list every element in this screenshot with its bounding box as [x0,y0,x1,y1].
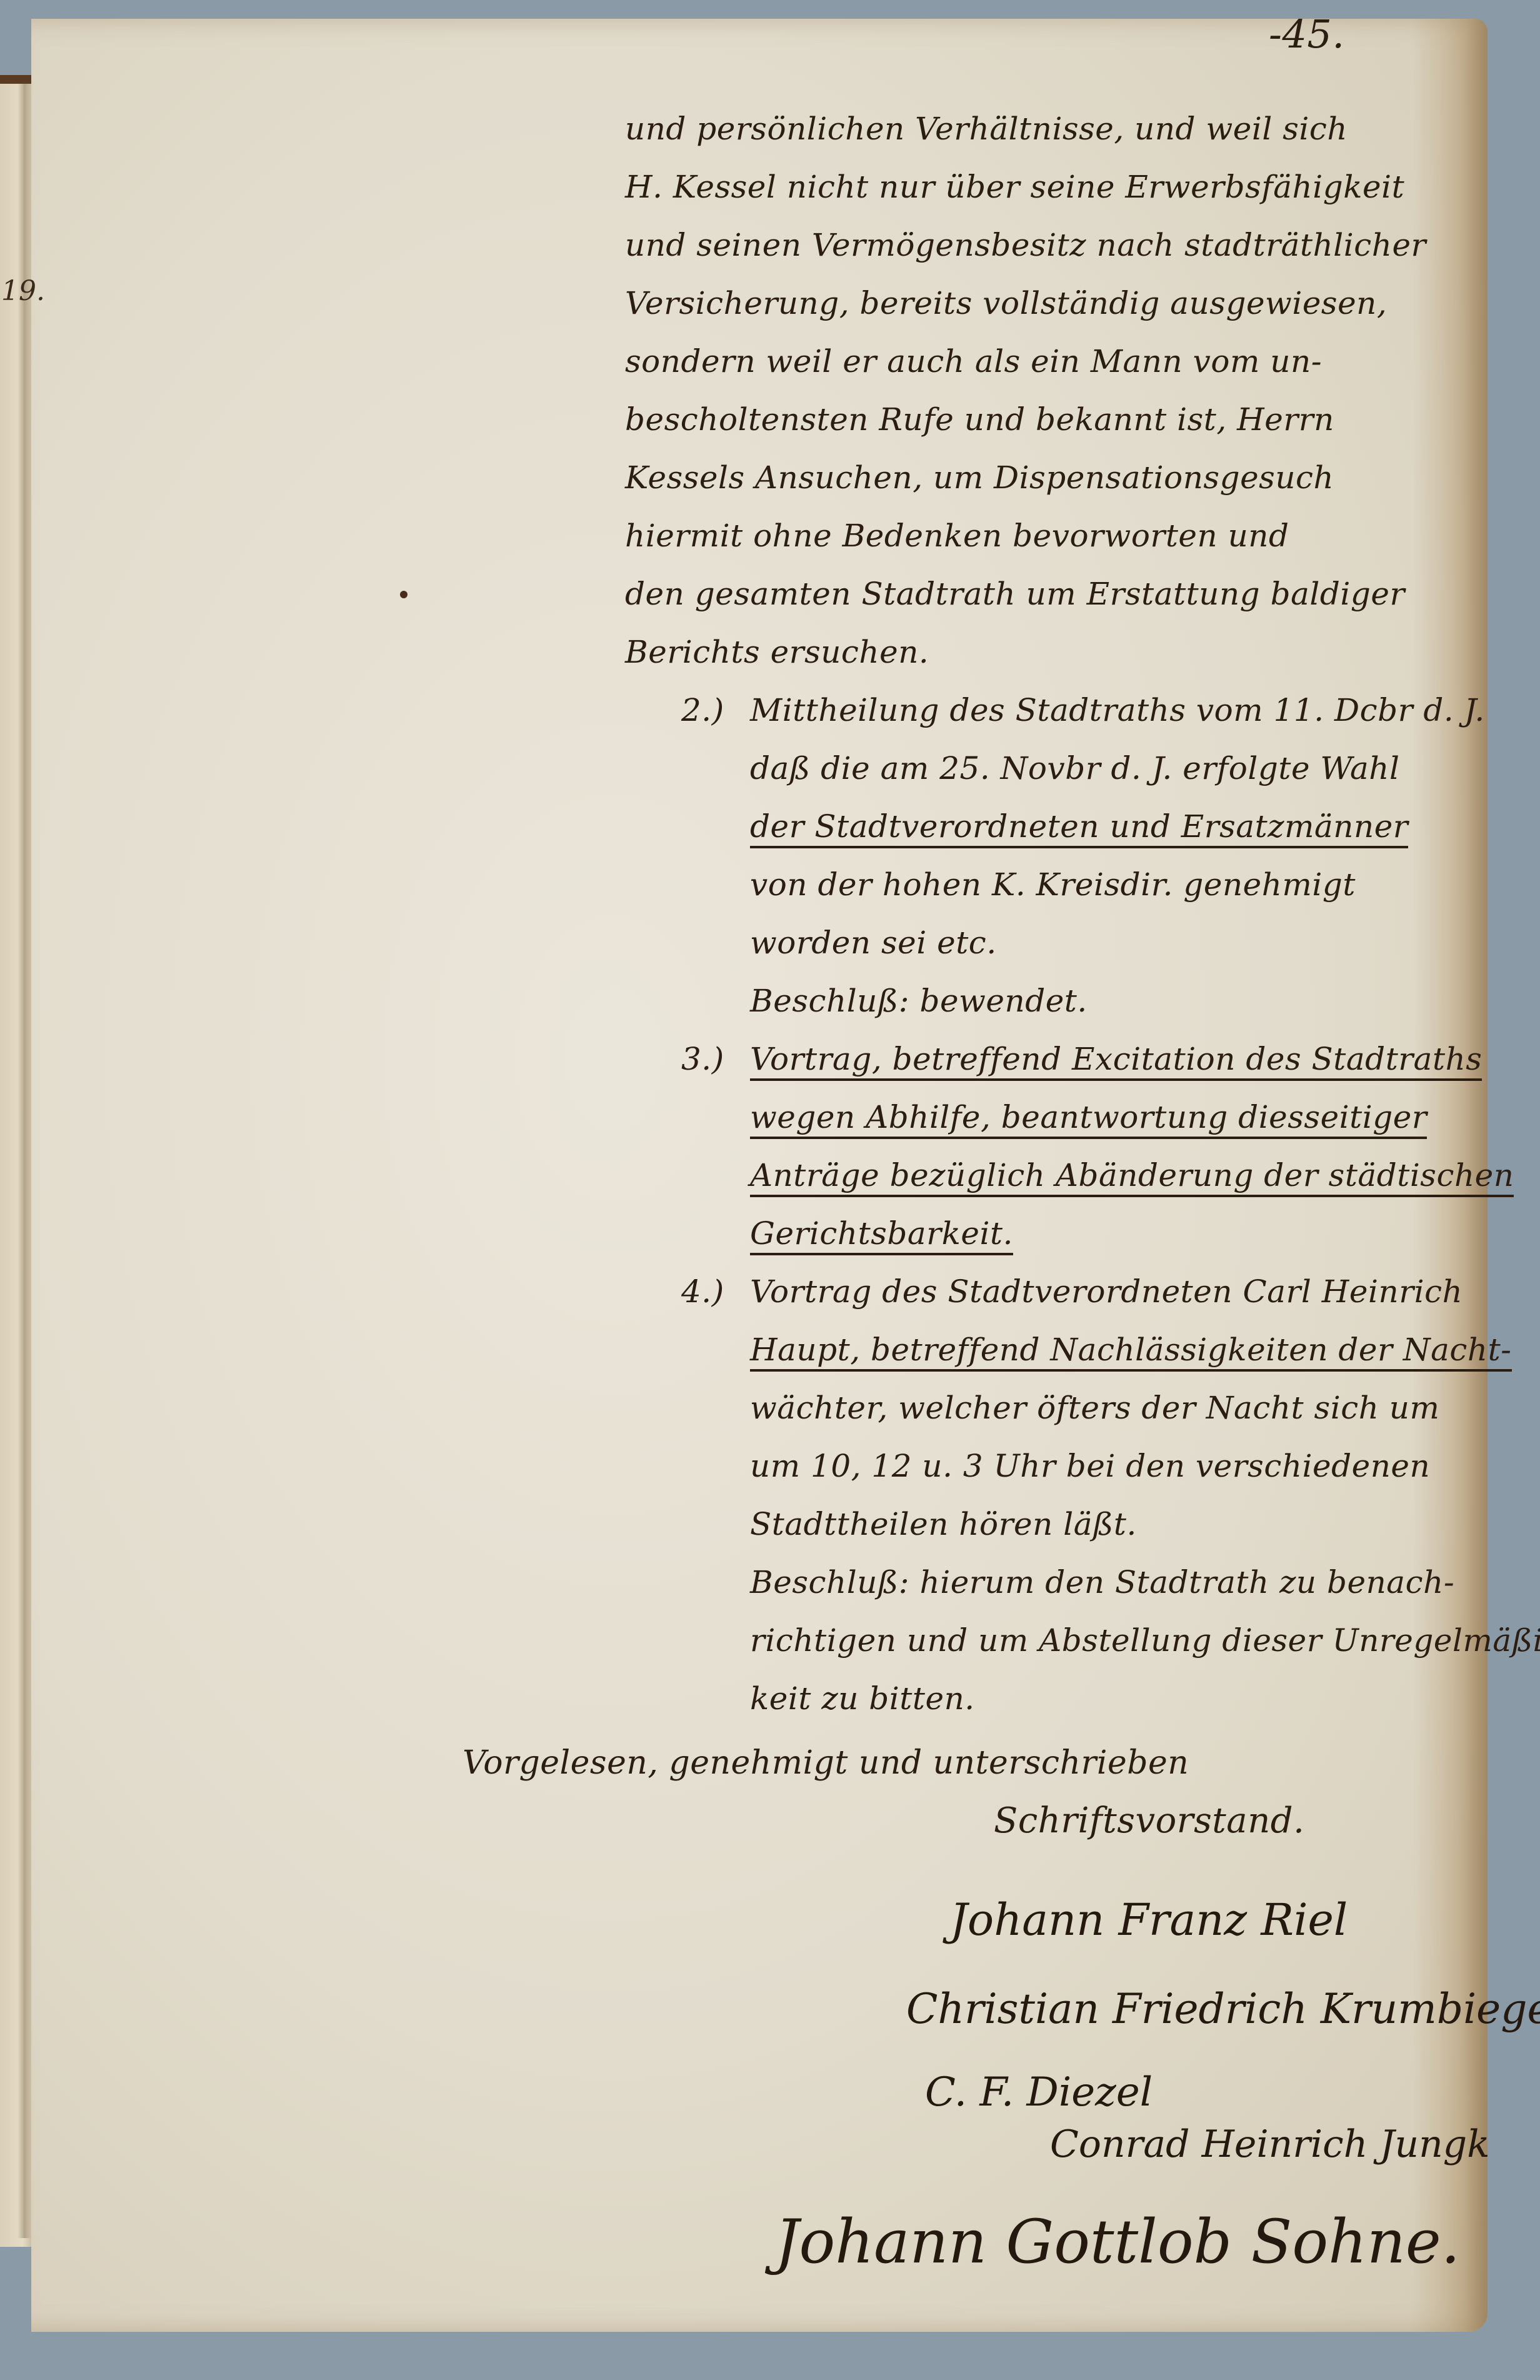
text-line: 2.)Mittheilung des Stadtraths vom 11. Dc… [681,681,1437,740]
text-line: Versicherung, bereits vollständig ausgew… [625,274,1437,333]
signature: Christian Friedrich Krumbiegel [906,1985,1540,2033]
text-line: von der hohen K. Kreisdir. genehmigt [681,856,1437,914]
text-line underlined: wegen Abhilfe, beantwortung diesseitiger [681,1088,1437,1147]
agenda-item-2: 2.)Mittheilung des Stadtraths vom 11. Dc… [681,681,1437,1030]
closing-formula: Vorgelesen, genehmigt und unterschrieben [462,1744,1189,1782]
text-line: wächter, welcher öfters der Nacht sich u… [681,1379,1437,1437]
resolution: richtigen und um Abstellung dieser Unreg… [681,1612,1437,1670]
text-line: 3.)Vortrag, betreffend Excitation des St… [681,1030,1437,1088]
signature: Johann Gottlob Sohne. [775,2207,1460,2277]
board-title: Schriftsvorstand. [994,1800,1304,1841]
text-line: und persönlichen Verhältnisse, und weil … [625,100,1437,158]
left-page-number: 19. [1,275,45,307]
text-line: H. Kessel nicht nur über seine Erwerbsfä… [625,158,1437,216]
signature: Johann Franz Riel [950,1894,1347,1946]
resolution: keit zu bitten. [681,1670,1437,1728]
signature: C. F. Diezel [925,2069,1152,2116]
agenda-item-4: 4.)Vortrag des Stadtverordneten Carl Hei… [681,1263,1437,1728]
continuation-paragraph: und persönlichen Verhältnisse, und weil … [625,100,1437,681]
page-number: -45. [1269,11,1345,57]
text-line underlined: der Stadtverordneten und Ersatzmänner [681,798,1437,856]
text-line underlined: Gerichtsbarkeit. [681,1205,1437,1263]
text-line: worden sei etc. [681,914,1437,972]
left-page-margin: 19. [0,0,37,2380]
text-line underlined: Haupt, betreffend Nachlässigkeiten der N… [681,1321,1437,1379]
signature: Conrad Heinrich Jungk [1050,2122,1490,2166]
text-line: 4.)Vortrag des Stadtverordneten Carl Hei… [681,1263,1437,1321]
minutes-body: und persönlichen Verhältnisse, und weil … [625,100,1437,1728]
resolution: Beschluß: bewendet. [681,972,1437,1030]
text-line: den gesamten Stadtrath um Erstattung bal… [625,565,1437,623]
text-line: Stadttheilen hören läßt. [681,1495,1437,1554]
item-number: 4.) [681,1263,750,1321]
ink-blot [400,591,407,598]
text-line underlined: Anträge bezüglich Abänderung der städtis… [681,1147,1437,1205]
text-line: und seinen Vermögensbesitz nach stadträt… [625,216,1437,274]
text-line: hiermit ohne Bedenken bevorworten und [625,507,1437,565]
item-number: 3.) [681,1030,750,1088]
text-line: Berichts ersuchen. [625,623,1437,681]
resolution: Beschluß: hierum den Stadtrath zu benach… [681,1554,1437,1612]
text-line: sondern weil er auch als ein Mann vom un… [625,333,1437,391]
text-line: Kessels Ansuchen, um Dispensationsgesuch [625,449,1437,507]
text-line: daß die am 25. Novbr d. J. erfolgte Wahl [681,740,1437,798]
text-line: bescholtensten Rufe und bekannt ist, Her… [625,391,1437,449]
agenda-item-3: 3.)Vortrag, betreffend Excitation des St… [681,1030,1437,1263]
item-number: 2.) [681,681,750,740]
text-line: um 10, 12 u. 3 Uhr bei den verschiedenen [681,1437,1437,1495]
